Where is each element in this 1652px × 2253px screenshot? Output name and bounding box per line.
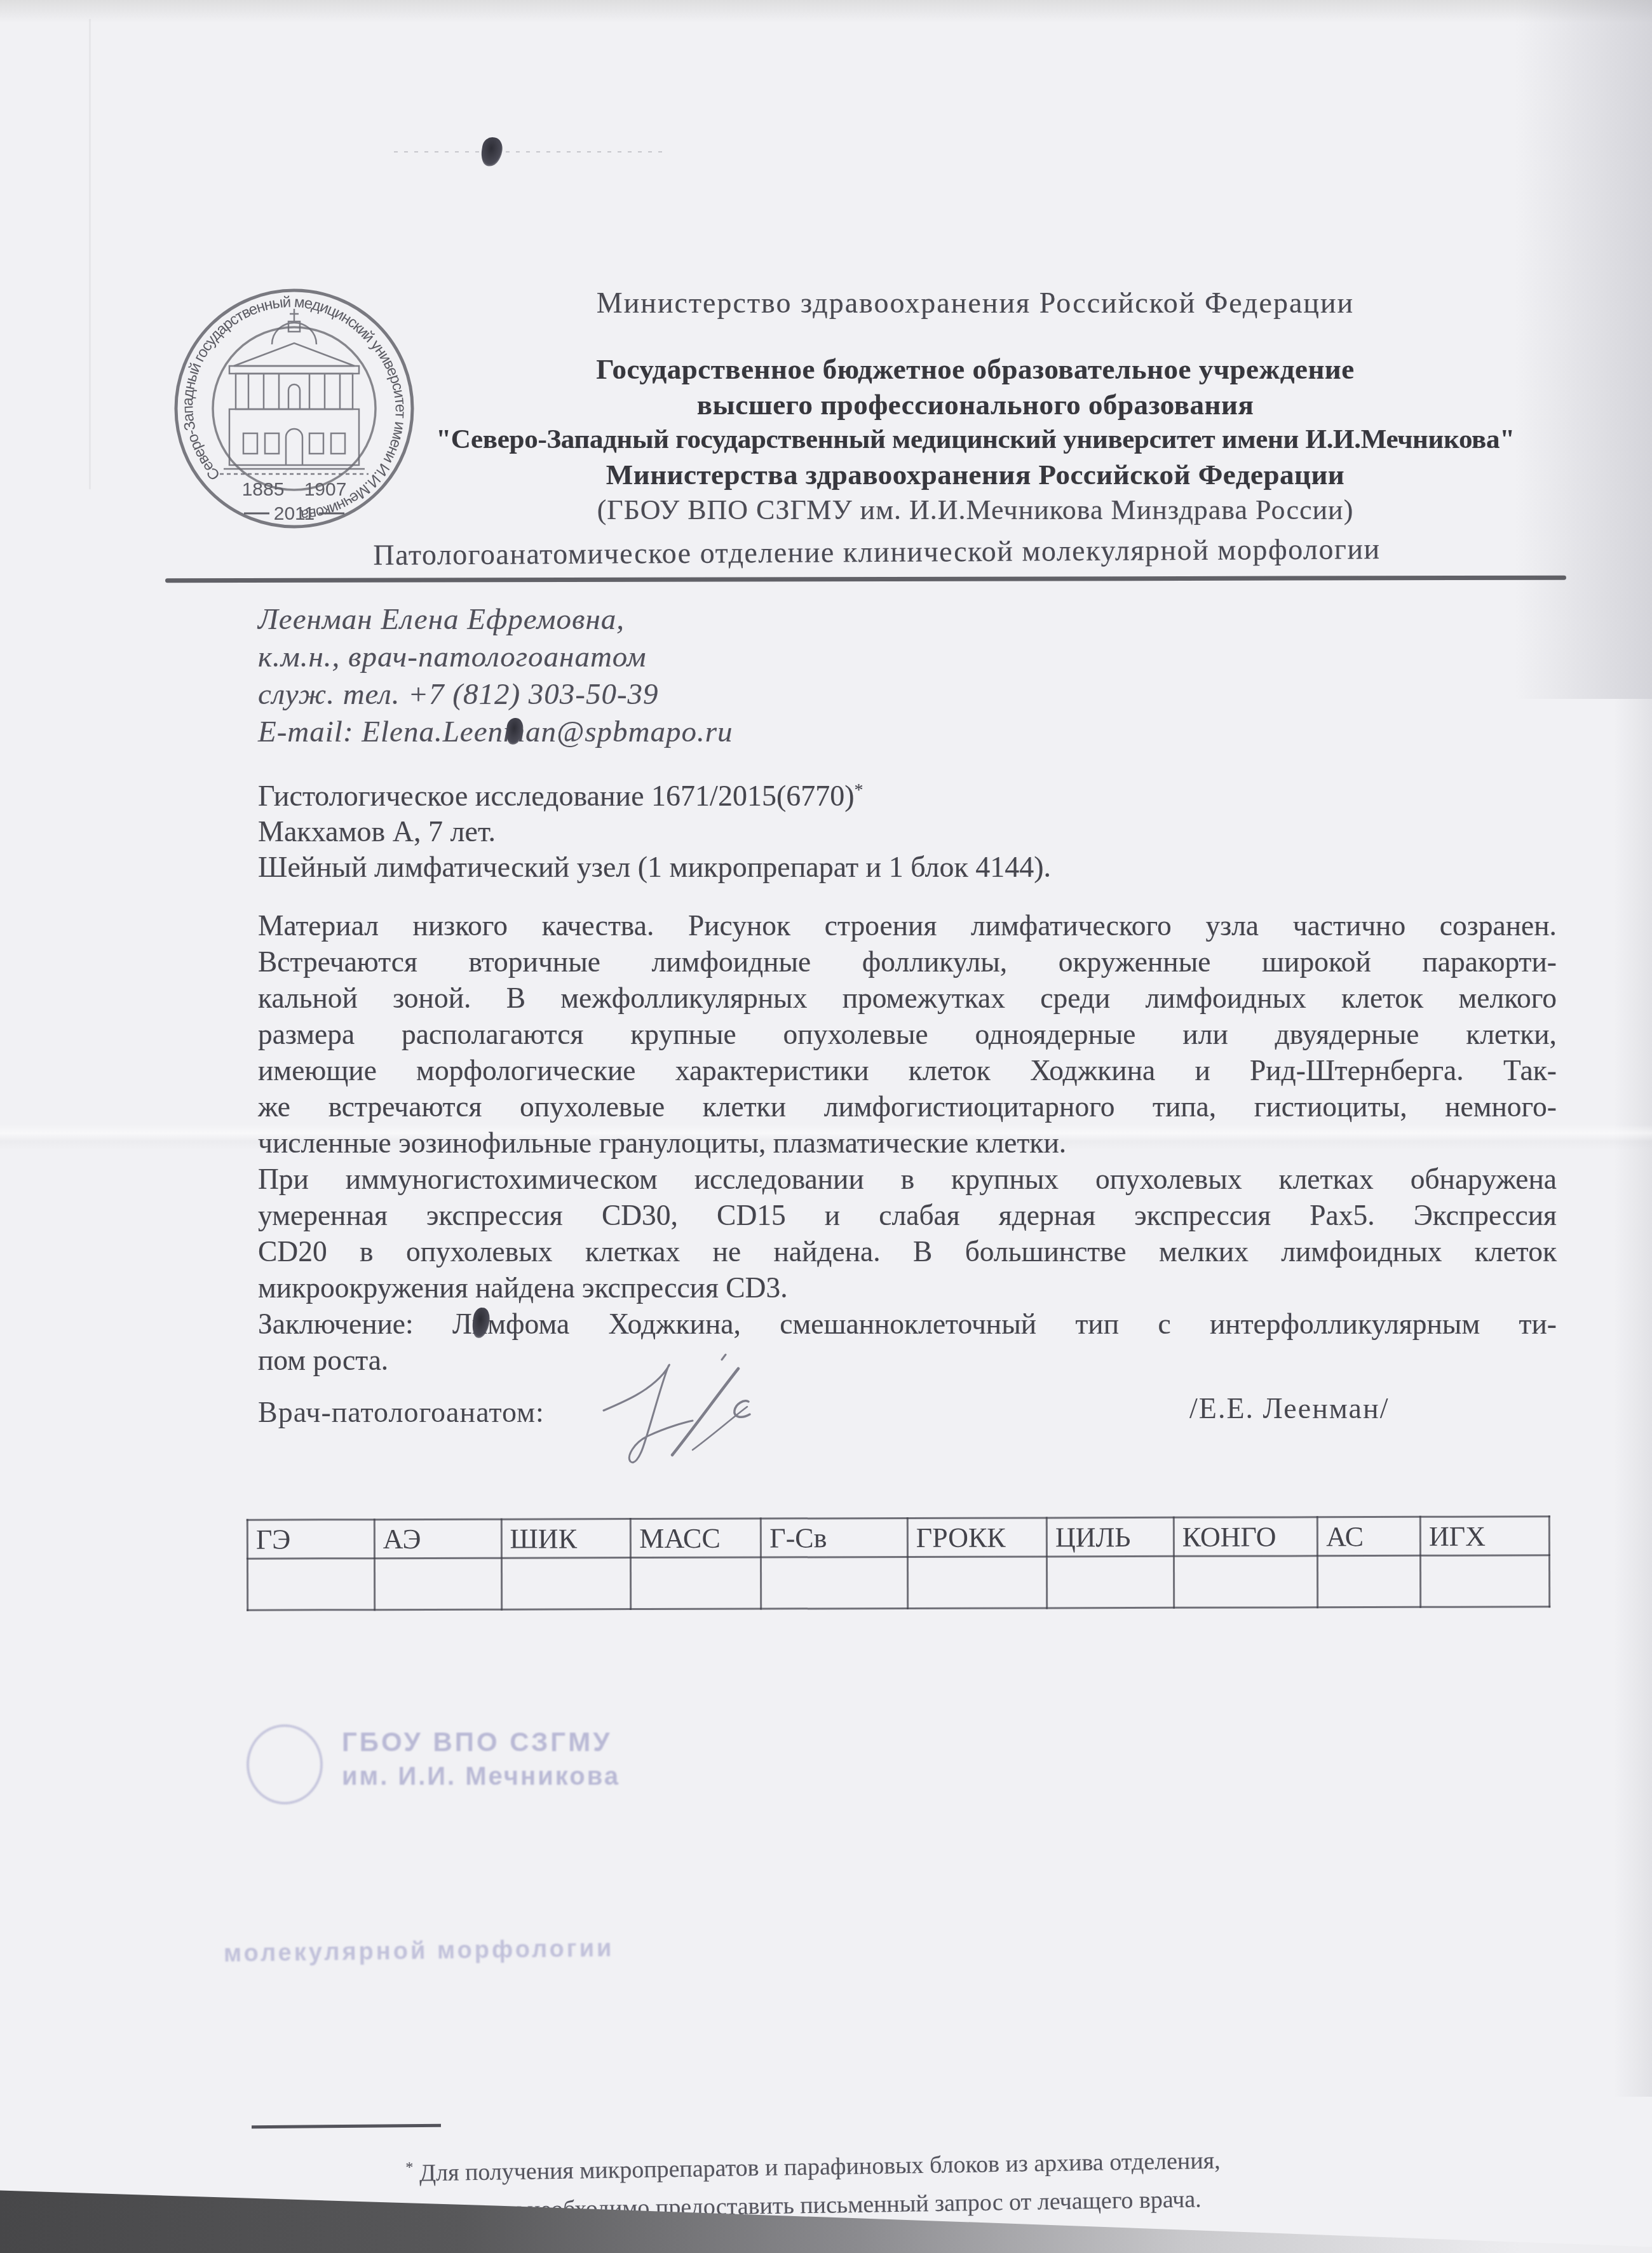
stain-cell xyxy=(1047,1556,1174,1608)
stain-col-kongo: КОНГО xyxy=(1174,1517,1318,1557)
org-abbreviation: (ГБОУ ВПО СЗГМУ им. И.И.Мечникова Минздр… xyxy=(299,492,1652,528)
signature-name: /Е.Е. Леенман/ xyxy=(1189,1391,1389,1425)
bleedthrough-stamp: ГБОУ ВПО СЗГМУ им. И.И. Мечникова xyxy=(247,1723,818,1812)
findings-p2-line: умеренная экспрессия CD30, CD15 и слабая… xyxy=(258,1197,1557,1233)
findings-p1-line: Встречаются вторичные лимфоидные фоллику… xyxy=(258,944,1557,980)
stain-cell xyxy=(761,1557,908,1609)
scan-edge-top xyxy=(0,0,1652,23)
footnote-mark: * xyxy=(405,2160,413,2176)
org-name-line-2: высшего профессионального образования xyxy=(299,387,1652,423)
stain-table-header-row: ГЭ АЭ ШИК МАСС Г-Св ГРОКК ЦИЛЬ КОНГО АС … xyxy=(247,1517,1549,1559)
org-name-line-3: "Северо-Западный государственный медицин… xyxy=(299,423,1652,457)
ministry-line: Министерство здравоохранения Российской … xyxy=(299,286,1652,320)
stain-col-igh: ИГХ xyxy=(1420,1517,1549,1556)
stain-methods-table: ГЭ АЭ ШИК МАСС Г-Св ГРОКК ЦИЛЬ КОНГО АС … xyxy=(247,1515,1550,1611)
findings-p1-line: кальной зоной. В межфолликулярных промеж… xyxy=(258,980,1557,1016)
stain-col-mass: МАСС xyxy=(631,1519,761,1558)
stain-col-as: АС xyxy=(1318,1517,1421,1555)
specimen-line: Шейный лимфатический узел (1 микропрепар… xyxy=(258,849,1051,885)
stain-cell xyxy=(1174,1556,1318,1608)
stain-col-grokk: ГРОКК xyxy=(907,1518,1046,1557)
findings-p1-line: размера располагаются крупные опухолевые… xyxy=(258,1016,1557,1052)
paper-fold-line xyxy=(89,19,91,489)
study-title: Гистологическое исследование 1671/2015(6… xyxy=(258,773,1051,814)
findings-p1-line: же встречаются опухолевые клетки лимфоги… xyxy=(258,1088,1557,1125)
scan-dotted-artifact xyxy=(394,151,667,152)
findings-p1-line: численные эозинофильные гранулоциты, пла… xyxy=(258,1125,1557,1161)
stain-col-ae: АЭ xyxy=(374,1519,501,1559)
findings-p1-line: Материал низкого качества. Рисунок строе… xyxy=(258,907,1557,944)
findings-p1-line: имеющие морфологические характеристики к… xyxy=(258,1052,1557,1088)
findings-p2-line: микроокружения найдена экспрессия CD3. xyxy=(258,1269,1557,1306)
patient-line: Макхамов А, 7 лет. xyxy=(258,814,1051,849)
scan-shade-right xyxy=(1614,699,1652,2097)
conclusion-line: Заключение: Лимфома Ходжкина, смешаннокл… xyxy=(258,1306,1557,1342)
findings-p2-line: CD20 в опухолевых клетках не найдена. В … xyxy=(258,1233,1557,1269)
conclusion-line: пом роста. xyxy=(258,1342,1557,1378)
study-footnote-mark: * xyxy=(855,780,863,800)
pathologist-name: Леенман Елена Ефремовна, xyxy=(258,601,733,639)
pathologist-contact-block: Леенман Елена Ефремовна, к.м.н., врач-па… xyxy=(258,601,733,751)
stain-cell xyxy=(907,1557,1046,1609)
stain-cell xyxy=(631,1557,761,1609)
ink-blot-top xyxy=(480,136,504,168)
stain-cell xyxy=(247,1559,374,1611)
pathologist-email: E-mail: Elena.Leenman@spbmapo.ru xyxy=(258,714,733,751)
department-title: Патологоанатомическое отделение клиничес… xyxy=(184,531,1569,572)
pathologist-title: к.м.н., врач-патологоанатом xyxy=(258,639,733,676)
findings-text: Материал низкого качества. Рисунок строе… xyxy=(258,907,1557,1378)
stain-col-cil: ЦИЛЬ xyxy=(1046,1517,1174,1557)
pathologist-phone: служ. тел. +7 (812) 303-50-39 xyxy=(258,676,733,714)
org-name-line-4: Министерства здравоохранения Российской … xyxy=(299,457,1652,492)
bleedthrough-stamp-line2: им. И.И. Мечникова xyxy=(342,1762,620,1791)
footnote-divider xyxy=(252,2124,441,2129)
stain-cell xyxy=(1318,1555,1421,1607)
stain-table-empty-row xyxy=(247,1555,1549,1610)
scanned-pathology-report: Северо-Западный государственный медицинс… xyxy=(0,0,1652,2253)
letterhead: Министерство здравоохранения Российской … xyxy=(299,286,1652,528)
handwritten-signature xyxy=(597,1341,775,1487)
bleedthrough-text: молекулярной морфологии xyxy=(224,1935,614,1968)
stain-cell xyxy=(374,1558,501,1610)
stain-col-ge: ГЭ xyxy=(247,1520,374,1559)
seal-year-1885: 1885 xyxy=(242,479,285,500)
stain-col-gsv: Г-Св xyxy=(761,1518,908,1557)
stain-col-shik: ШИК xyxy=(501,1519,631,1559)
signature-role-label: Врач-патологоанатом: xyxy=(258,1395,545,1429)
findings-p2-line: При иммуногистохимическом исследовании в… xyxy=(258,1161,1557,1197)
stain-cell xyxy=(1421,1555,1550,1607)
bleedthrough-stamp-emblem xyxy=(247,1724,323,1804)
header-divider xyxy=(165,576,1566,583)
org-name-line-1: Государственное бюджетное образовательно… xyxy=(299,351,1652,387)
stain-cell xyxy=(501,1558,631,1610)
case-info-block: Гистологическое исследование 1671/2015(6… xyxy=(258,773,1051,885)
bleedthrough-stamp-line1: ГБОУ ВПО СЗГМУ xyxy=(342,1727,612,1757)
